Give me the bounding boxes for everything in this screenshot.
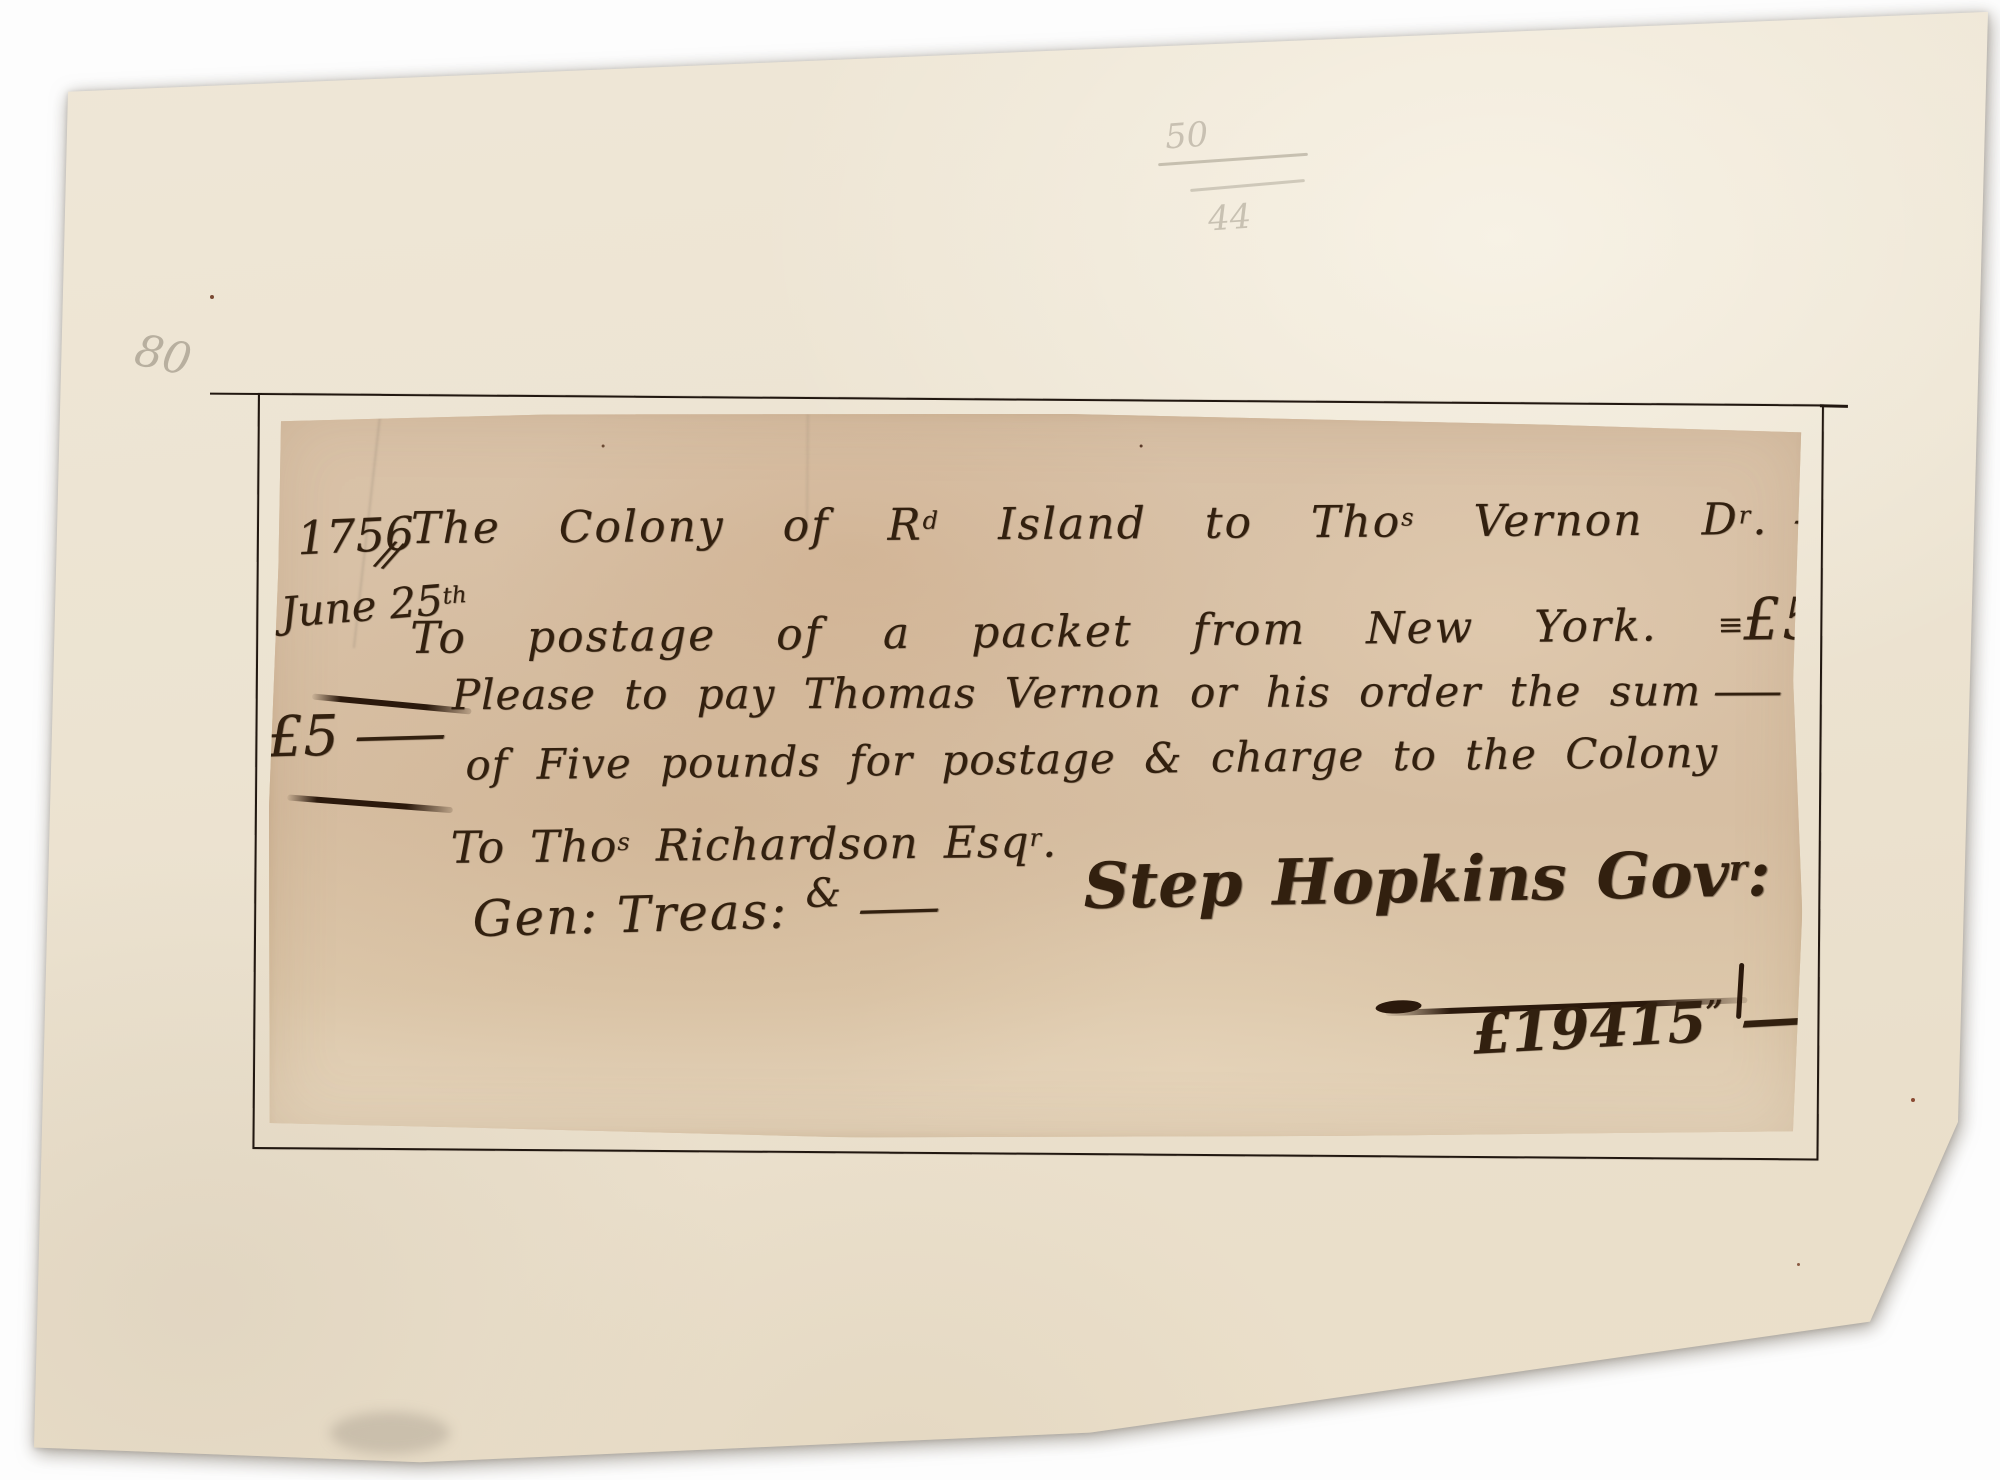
text-run: To postage of a packet from New York.: [410, 600, 1658, 664]
superscript: s: [617, 828, 631, 856]
superscript: r: [1739, 501, 1753, 529]
pay-order-line-1: Please to pay Thomas Vernon or his order…: [452, 670, 1755, 716]
ruled-line-overshoot: [210, 392, 262, 395]
ink-flourish-dash: —: [1736, 987, 1834, 1048]
text-run: To Tho: [450, 821, 617, 874]
governor-signature: Step Hopkins Govr:: [1083, 842, 1771, 918]
treasurer-title-line: Gen: Treas: &—: [471, 871, 908, 944]
postage-charge-line: To postage of a packet from New York. ≡£…: [410, 589, 1889, 662]
ink-speck: [602, 445, 605, 448]
pencil-annotation-75: 75: [0, 1312, 42, 1365]
shilling-separator: ”: [1705, 994, 1725, 1031]
foxing-speck: [210, 295, 214, 299]
text-run: Vernon D: [1415, 494, 1739, 547]
ink-flourish-dash: —: [1790, 497, 1910, 542]
pencil-annotation-50: 50: [1164, 115, 1210, 158]
superscript: r: [1728, 848, 1747, 889]
text-run: Island to Tho: [940, 497, 1401, 551]
ditto-equals-mark: ≡: [1717, 607, 1743, 643]
manuscript-paper: 1756 // June 25th The Colony of Rd Islan…: [267, 408, 1806, 1144]
pencil-underline: [1190, 179, 1305, 192]
ink-speck: [1140, 444, 1143, 447]
ink-flourish-dash: —: [1843, 601, 1963, 646]
ink-flourish-stroke: [287, 794, 453, 813]
pencil-annotation-44: 44: [1207, 197, 1253, 240]
ampersand-mark: &: [805, 870, 844, 917]
ink-flourish-dash: —: [1712, 670, 1785, 712]
pencil-smudge: [330, 1412, 450, 1454]
ink-flourish-dash: —: [352, 706, 449, 765]
currency-symbol: £: [1471, 1000, 1513, 1068]
pencil-annotation-80: 80: [130, 325, 195, 387]
debit-header-line: The Colony of Rd Island to Thos Vernon D…: [411, 498, 1837, 551]
text-run: .: [1042, 817, 1058, 868]
text-run: :: [1746, 836, 1771, 910]
foxing-speck: [1911, 1098, 1915, 1102]
amount-five-pounds: £5: [1743, 585, 1822, 654]
text-run: Step Hopkins Gov: [1083, 837, 1730, 923]
amount-digits: 19415: [1510, 989, 1708, 1065]
text-run: Richardson Esq: [630, 817, 1029, 872]
ink-border-frame: 1756 // June 25th The Colony of Rd Islan…: [252, 393, 1823, 1160]
photograph-of-manuscript: 80 50 44 75: [0, 0, 2000, 1480]
superscript: d: [922, 507, 940, 535]
mount-sheet: 80 50 44 75: [0, 0, 2000, 1480]
total-amount: £19415”—: [1471, 990, 1795, 1063]
superscript: s: [1401, 504, 1416, 532]
amount-five-pounds: £5: [267, 704, 340, 771]
text-run: Please to pay Thomas Vernon or his order…: [452, 666, 1701, 719]
ink-flourish-dash: —: [855, 881, 945, 933]
text-run: The Colony of R: [411, 500, 923, 554]
ruled-line-overshoot: [1820, 404, 1848, 407]
addressee-line: To Thos Richardson Esqr.: [450, 821, 1057, 871]
superscript: r: [1029, 824, 1042, 852]
text-run: Gen: Treas:: [472, 881, 789, 948]
mount-sheet-shadow: 80 50 44 75: [0, 0, 2000, 1480]
margin-amount: £5—: [267, 707, 410, 767]
foxing-speck: [1797, 1263, 1800, 1266]
pay-order-line-2: of Five pounds for postage & charge to t…: [465, 732, 1718, 787]
text-run: .: [1752, 494, 1768, 545]
